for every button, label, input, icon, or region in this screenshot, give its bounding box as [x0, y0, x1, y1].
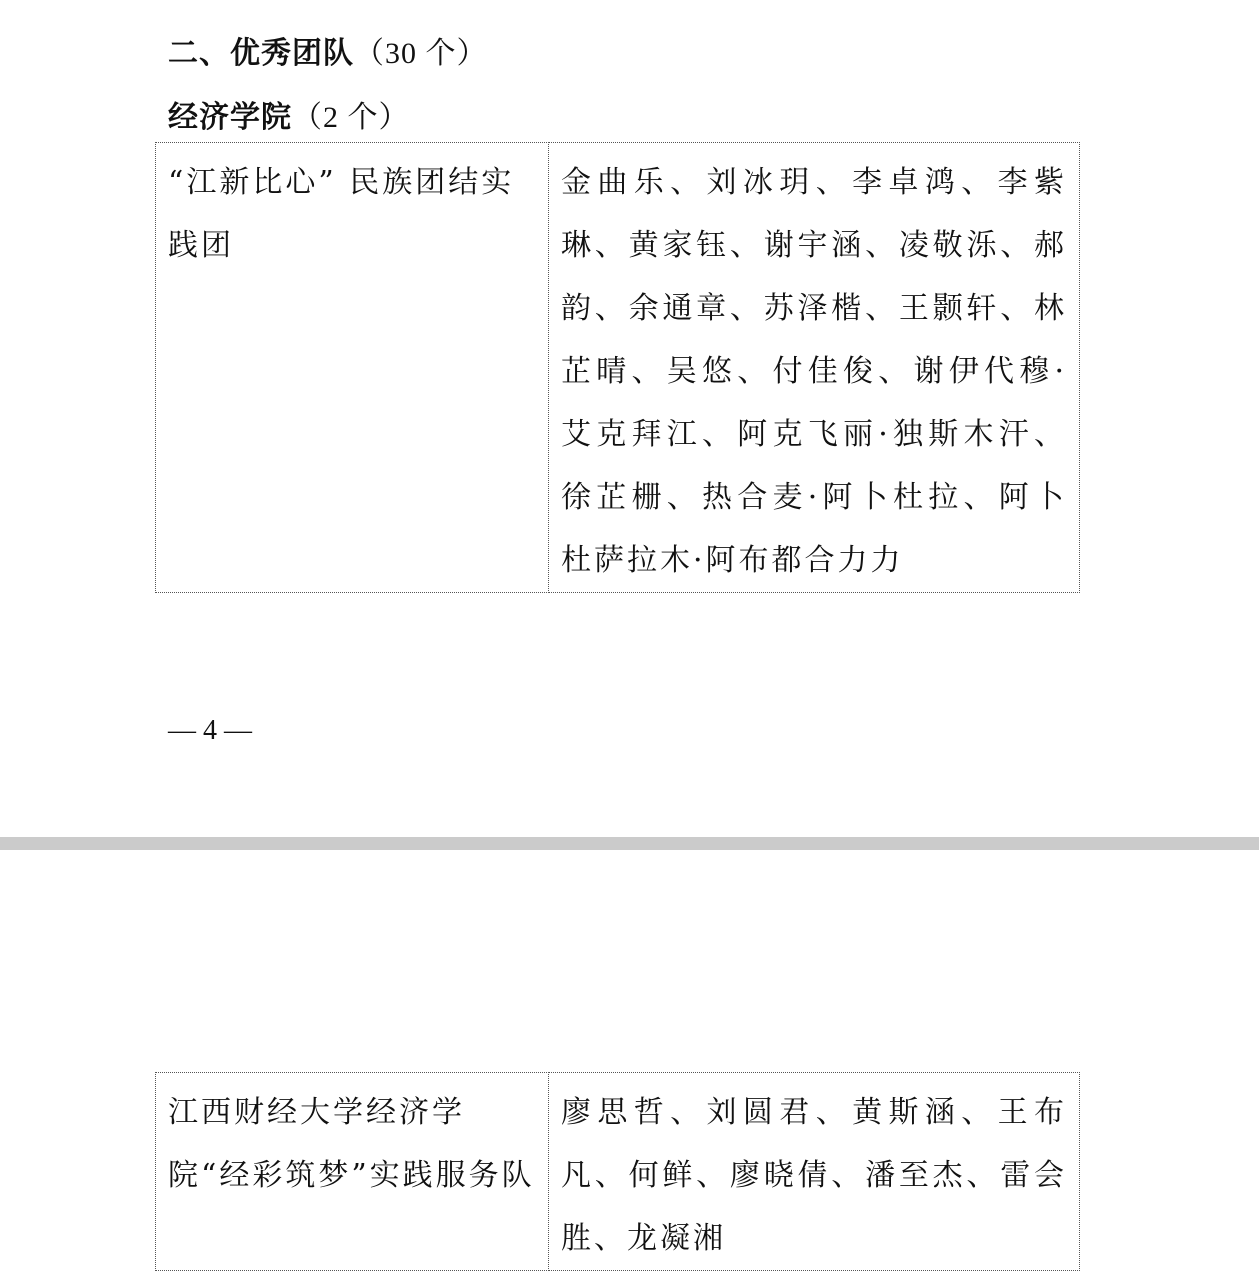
team-name-cell: “江新比心” 民族团结实践团	[156, 143, 549, 593]
team-members-cell: 金曲乐、刘冰玥、李卓鸿、李紫琳、黄家钰、谢宇涵、凌敬泺、郝韵、余通章、苏泽楷、王…	[549, 143, 1080, 593]
section-heading-label: 二、优秀团队	[168, 36, 354, 71]
team-table-1: “江新比心” 民族团结实践团 金曲乐、刘冰玥、李卓鸿、李紫琳、黄家钰、谢宇涵、凌…	[155, 142, 1080, 593]
team-members-cell: 廖思哲、刘圆君、黄斯涵、王布凡、何鲜、廖晓倩、潘至杰、雷会胜、龙凝湘	[549, 1073, 1080, 1271]
college-heading-count: （2 个）	[292, 101, 410, 134]
team-name: “江新比心” 民族团结实践团	[156, 143, 548, 277]
page-number: — 4 —	[168, 714, 252, 748]
table-row: 江西财经大学经济学院“经彩筑梦”实践服务队 廖思哲、刘圆君、黄斯涵、王布凡、何鲜…	[156, 1073, 1080, 1271]
section-heading-count: （30 个）	[354, 37, 488, 70]
team-name: 江西财经大学经济学院“经彩筑梦”实践服务队	[156, 1073, 548, 1207]
page-separator	[0, 837, 1259, 850]
document-page-4: 二、优秀团队（30 个） 经济学院（2 个） “江新比心” 民族团结实践团 金曲…	[0, 0, 1259, 837]
college-heading-label: 经济学院	[168, 100, 292, 135]
team-members: 廖思哲、刘圆君、黄斯涵、王布凡、何鲜、廖晓倩、潘至杰、雷会胜、龙凝湘	[549, 1073, 1079, 1270]
team-table-2: 江西财经大学经济学院“经彩筑梦”实践服务队 廖思哲、刘圆君、黄斯涵、王布凡、何鲜…	[155, 1072, 1080, 1271]
table-row: “江新比心” 民族团结实践团 金曲乐、刘冰玥、李卓鸿、李紫琳、黄家钰、谢宇涵、凌…	[156, 143, 1080, 593]
section-heading: 二、优秀团队（30 个）	[168, 32, 488, 76]
team-name-cell: 江西财经大学经济学院“经彩筑梦”实践服务队	[156, 1073, 549, 1271]
college-heading: 经济学院（2 个）	[168, 96, 410, 140]
team-members: 金曲乐、刘冰玥、李卓鸿、李紫琳、黄家钰、谢宇涵、凌敬泺、郝韵、余通章、苏泽楷、王…	[549, 143, 1079, 592]
